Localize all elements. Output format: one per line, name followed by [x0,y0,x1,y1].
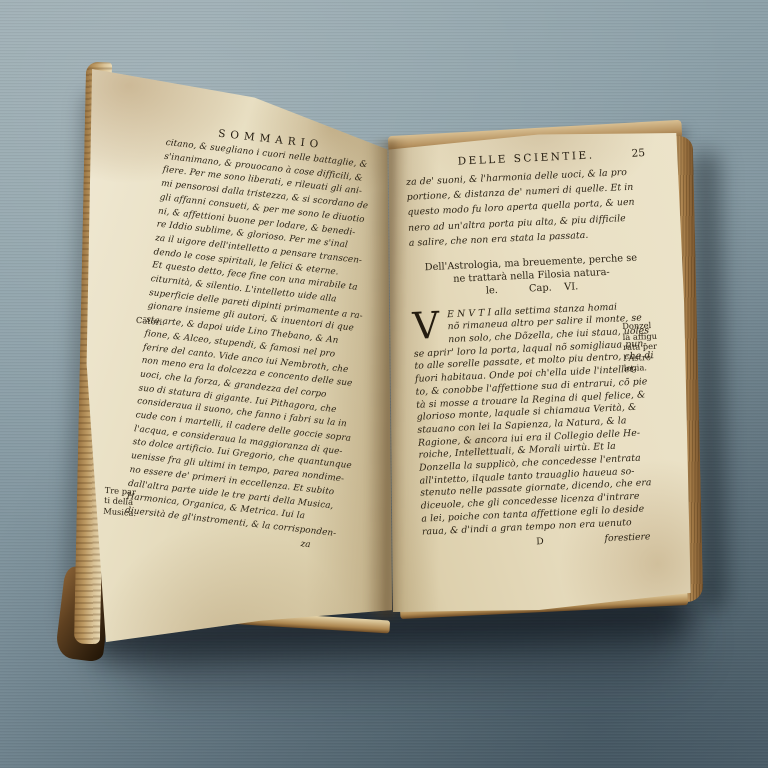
text-line: logia. [624,361,684,374]
chapter-heading: Dell'Astrologia, ma breuemente, perche s… [410,251,654,302]
right-page: DELLE SCIENTIE. 25 za de' suoni, & l'har… [383,122,695,624]
right-top-paragraph: za de' suoni, & l'harmonia delle uoci, &… [406,164,651,251]
page-number: 25 [631,147,645,160]
signature-mark: D [536,536,544,547]
photo-of-open-antique-book: SOMMARIO citano, & suegliano i cuori nel… [0,0,768,768]
margin-note-donzella: Donzella affigurata perl'Astro-logia. [622,319,684,374]
text-line: Cãtori. [136,315,166,328]
text-line: Musica. [103,505,137,518]
drop-cap-letter: V [412,309,448,342]
left-page-text-block: SOMMARIO citano, & suegliano i cuori nel… [123,122,375,552]
left-body-column: citano, & suegliano i cuori nelle battag… [124,137,373,541]
margin-note-cantori: Cãtori. [136,315,166,328]
right-header-title: DELLE SCIENTIE. [457,149,594,167]
left-page: SOMMARIO citano, & suegliano i cuori nel… [86,56,392,648]
right-catchword: forestiere [604,532,650,545]
margin-note-tre-parti: Tre parti dellaMusica. [103,485,138,518]
